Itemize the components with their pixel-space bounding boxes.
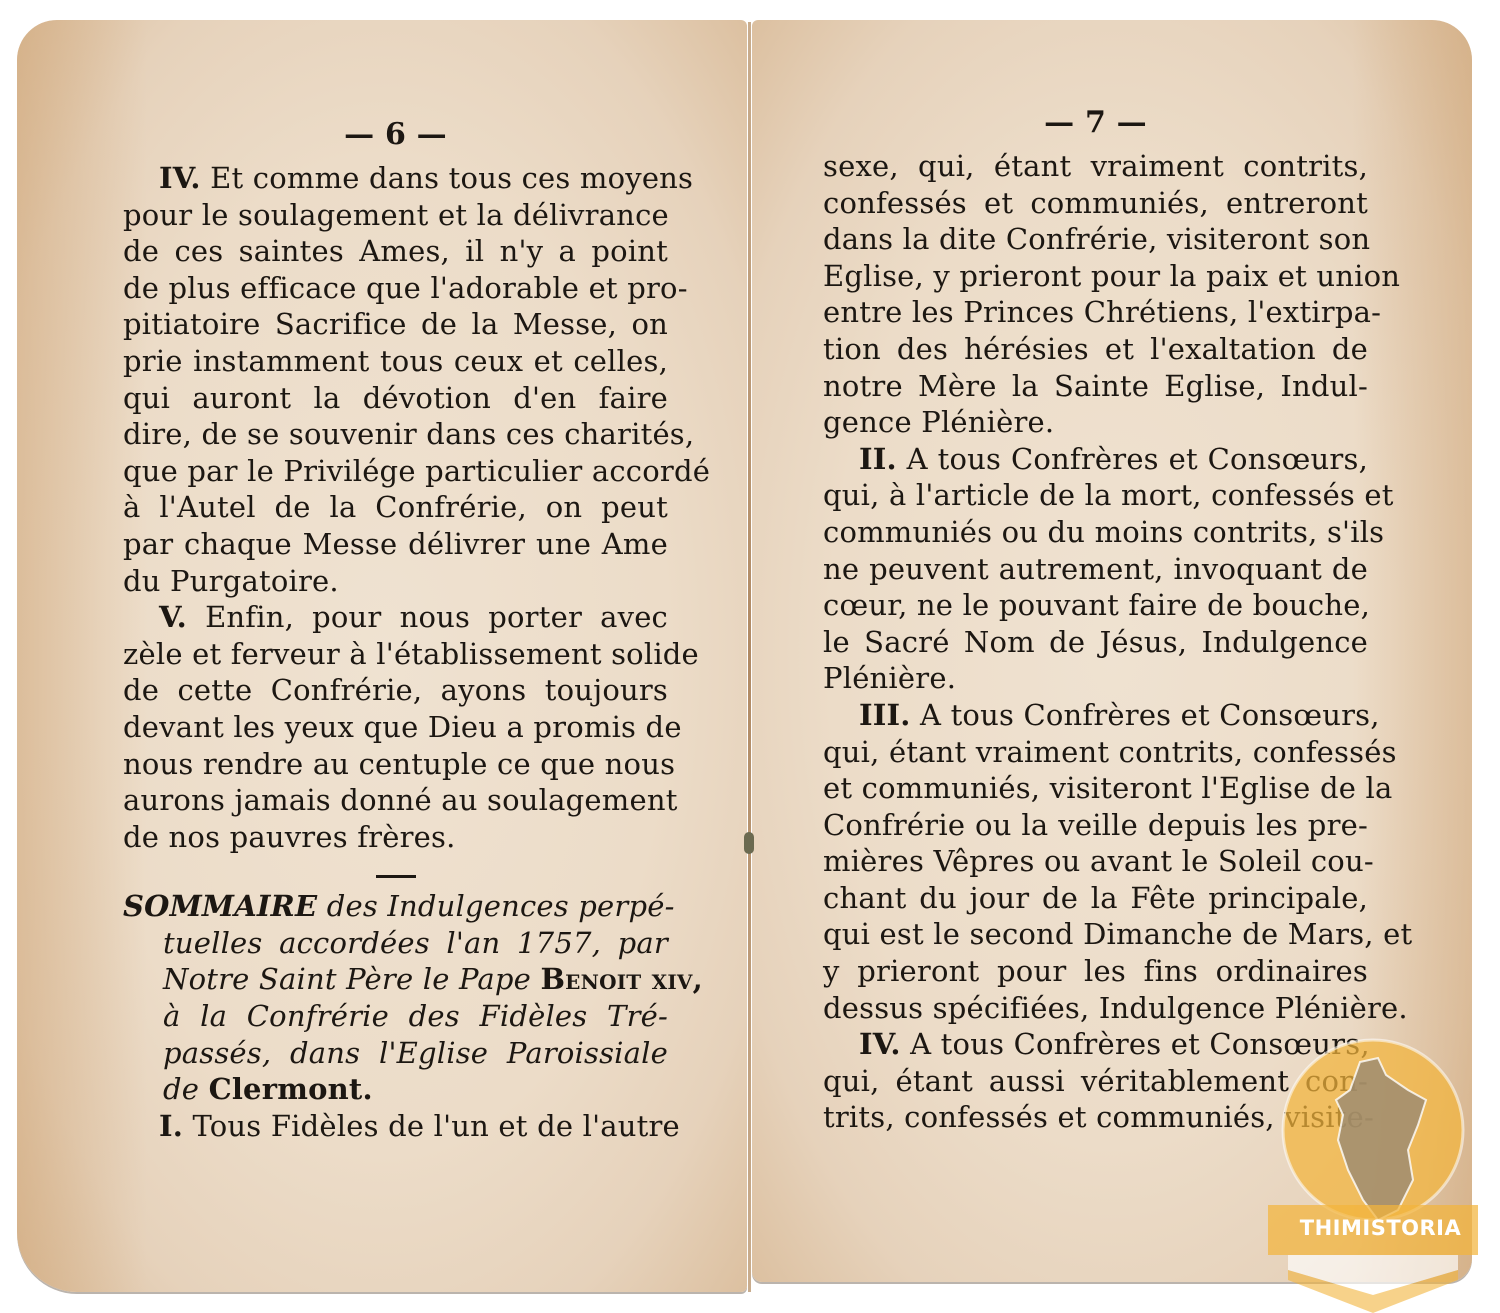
text-line: mières Vêpres ou avant le Soleil cou- <box>823 843 1368 880</box>
text-line: y prieront pour les fins ordinaires <box>823 953 1368 990</box>
text-line: par chaque Messe délivrer une Ame <box>123 526 668 563</box>
paragraph-i: I. Tous Fidèles de l'un et de l'autre <box>123 1108 668 1145</box>
paragraph-iii: III. A tous Confrères et Consœurs, qui, … <box>823 697 1368 1026</box>
text-line: qui auront la dévotion d'en faire <box>123 380 668 417</box>
text-line: confessés et communiés, entreront <box>823 185 1368 222</box>
text-line: et communiés, visiteront l'Eglise de la <box>823 770 1368 807</box>
binding-thread <box>744 832 754 854</box>
section-number: IV. <box>159 161 201 195</box>
section-number: I. <box>159 1109 183 1143</box>
text-line: cœur, ne le pouvant faire de bouche, <box>823 587 1368 624</box>
text-line: Eglise, y prieront pour la paix et union <box>823 258 1368 295</box>
text-line: de ces saintes Ames, il n'y a point <box>123 233 668 270</box>
text-line: communiés ou du moins contrits, s'ils <box>823 514 1368 551</box>
text-line: qui est le second Dimanche de Mars, et <box>823 916 1368 953</box>
text-line: le Sacré Nom de Jésus, Indulgence <box>823 624 1368 661</box>
text-line: dans la dite Confrérie, visiteront son <box>823 221 1368 258</box>
text-line: dire, de se souvenir dans ces charités, <box>123 416 668 453</box>
text-line: chant du jour de la Fête principale, <box>823 880 1368 917</box>
page-number: — 6 — <box>123 116 668 154</box>
text-line: de nos pauvres frères. <box>123 819 668 856</box>
section-number: IV. <box>859 1027 901 1061</box>
text-line: entre les Princes Chrétiens, l'extirpa- <box>823 294 1368 331</box>
page-number: — 7 — <box>823 104 1368 142</box>
text-line: pour le soulagement et la délivrance <box>123 197 668 234</box>
book-spine <box>748 22 751 1292</box>
text-line: passés, dans l'Eglise Paroissiale <box>123 1035 668 1072</box>
sommaire-title: SOMMAIRE <box>123 889 317 923</box>
text-line: Confrérie ou la veille depuis les pre- <box>823 807 1368 844</box>
text-line: devant les yeux que Dieu a promis de <box>123 709 668 746</box>
text-line: pitiatoire Sacrifice de la Messe, on <box>123 306 668 343</box>
section-number: V. <box>159 600 187 634</box>
section-number: III. <box>859 698 911 732</box>
text-line: gence Plénière. <box>823 404 1368 441</box>
text-line: du Purgatoire. <box>123 563 668 600</box>
text-line: à la Confrérie des Fidèles Tré- <box>123 998 668 1035</box>
text-line: qui, à l'article de la mort, confessés e… <box>823 477 1368 514</box>
text-line: qui, étant vraiment contrits, confessés <box>823 734 1368 771</box>
text-line: notre Mère la Sainte Eglise, Indul- <box>823 368 1368 405</box>
text-line: que par le Privilége particulier accordé <box>123 453 668 490</box>
right-page-text: — 7 — sexe, qui, étant vraiment contrits… <box>823 104 1368 1136</box>
pope-name: Benoit xiv, <box>540 962 702 996</box>
text-line: à l'Autel de la Confrérie, on peut <box>123 489 668 526</box>
paragraph-i-continuation: sexe, qui, étant vraiment contrits, conf… <box>823 148 1368 441</box>
text-line: Plénière. <box>823 660 1368 697</box>
section-number: II. <box>859 442 897 476</box>
paragraph-v: V. Enfin, pour nous porter avec zèle et … <box>123 599 668 855</box>
text-line: nous rendre au centuple ce que nous <box>123 746 668 783</box>
sommaire-heading: SOMMAIRE des Indulgences perpé- tuelles … <box>123 888 668 1108</box>
text-line: aurons jamais donné au soulagement <box>123 782 668 819</box>
text-line: prie instamment tous ceux et celles, <box>123 343 668 380</box>
text-line: dessus spécifiées, Indulgence Plénière. <box>823 990 1368 1027</box>
watermark-text: THIMISTORIA <box>1288 1216 1473 1240</box>
text-line: ne peuvent autrement, invoquant de <box>823 551 1368 588</box>
thimistoria-watermark: THIMISTORIA <box>1268 1030 1478 1313</box>
text-line: tion des hérésies et l'exaltation de <box>823 331 1368 368</box>
text-line: tuelles accordées l'an 1757, par <box>123 925 668 962</box>
text-line: zèle et ferveur à l'établissement solide <box>123 636 668 673</box>
map-pin-logo-icon <box>1268 1030 1478 1313</box>
paragraph-iv: IV. Et comme dans tous ces moyens pour l… <box>123 160 668 599</box>
section-divider <box>376 875 416 878</box>
paragraph-ii: II. A tous Confrères et Consœurs, qui, à… <box>823 441 1368 697</box>
text-line: sexe, qui, étant vraiment contrits, <box>823 148 1368 185</box>
text-line: de cette Confrérie, ayons toujours <box>123 672 668 709</box>
left-page-text: — 6 — IV. Et comme dans tous ces moyens … <box>123 116 668 1144</box>
text-line: de plus efficace que l'adorable et pro- <box>123 270 668 307</box>
